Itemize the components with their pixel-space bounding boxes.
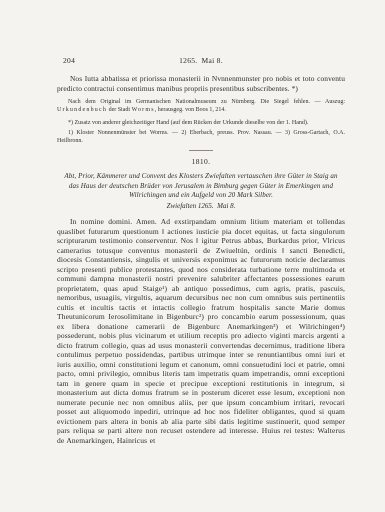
source-note-spaced-title: Urkundenbuch (57, 107, 107, 113)
source-note-text-mid: der Stadt (107, 107, 132, 113)
charter-number: 1810. (57, 157, 345, 166)
book-page: 204 1265. Mai 8. Nos Iutta abbatissa et … (0, 0, 385, 512)
footnote-star: *) Zusatz von anderer gleichzeitiger Han… (57, 119, 345, 127)
running-head-date: 1265. Mai 8. (57, 56, 345, 65)
source-note-text-after: , herausgeg. von Boos 1, 214. (155, 107, 226, 113)
source-note-text-before: Nach dem Original im Germanischen Nation… (68, 99, 345, 105)
charter-body-text: In nomine domini. Amen. Ad exstirpandam … (57, 217, 345, 445)
charter-regest: Abt, Prior, Kämmerer und Convent des Klo… (59, 172, 343, 200)
section-divider (189, 150, 213, 151)
source-note-spaced-place: Worms (132, 107, 155, 113)
previous-charter-closing-paragraph: Nos Iutta abbatissa et priorissa monaste… (57, 74, 345, 93)
charter-dateline: Zwiefalten 1265. Mai 8. (57, 202, 345, 210)
footnote-list: 1) Kloster Nonnenmünster bei Worms. — 2)… (57, 129, 345, 145)
source-note: Nach dem Original im Germanischen Nation… (57, 98, 345, 114)
running-header: 204 1265. Mai 8. (57, 56, 345, 67)
